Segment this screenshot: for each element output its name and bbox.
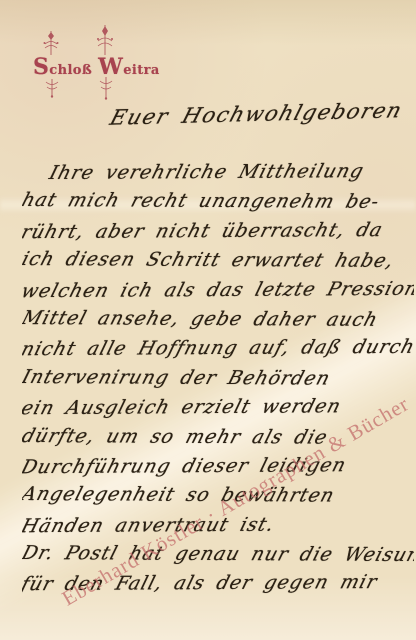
handwriting-line: Ihre verehrliche Mittheilung [22, 158, 414, 189]
handwriting-line: ich diesen Schritt erwartet habe, [22, 245, 414, 276]
handwriting-line: nicht alle Hoffnung auf, daß durch [22, 333, 414, 365]
letterhead-word: Weitra [98, 54, 160, 80]
handwriting-line: Durchführung dieser leidigen [22, 451, 414, 483]
handwriting-line: rührt, aber nicht überrascht, da [22, 216, 414, 248]
handwriting-line: Mittel ansehe, gebe daher auch [22, 304, 414, 335]
letterhead-text: SchloßWeitra [30, 54, 146, 80]
handwriting-line: Intervenirung der Behörden [22, 363, 414, 394]
handwriting-line: Dr. Postl hat genau nur die Weisung [22, 539, 414, 570]
floral-ornament-icon [44, 78, 60, 98]
floral-ornament-icon [96, 24, 114, 56]
salutation-line: Euer Hochwohlgeboren [107, 98, 406, 130]
letterhead-stamp: SchloßWeitra [30, 28, 146, 102]
floral-ornament-icon [42, 30, 60, 56]
letterhead-word: Schloß [33, 54, 92, 80]
handwriting-line: hat mich recht unangenehm be- [22, 186, 414, 217]
letter-body: Ihre verehrliche Mittheilung hat mich re… [22, 158, 414, 599]
letter-photo: SchloßWeitra Euer Hochwohlgeboren Ihre v… [0, 0, 416, 640]
handwriting-line: welchen ich als das letzte Pressions- [22, 274, 414, 306]
